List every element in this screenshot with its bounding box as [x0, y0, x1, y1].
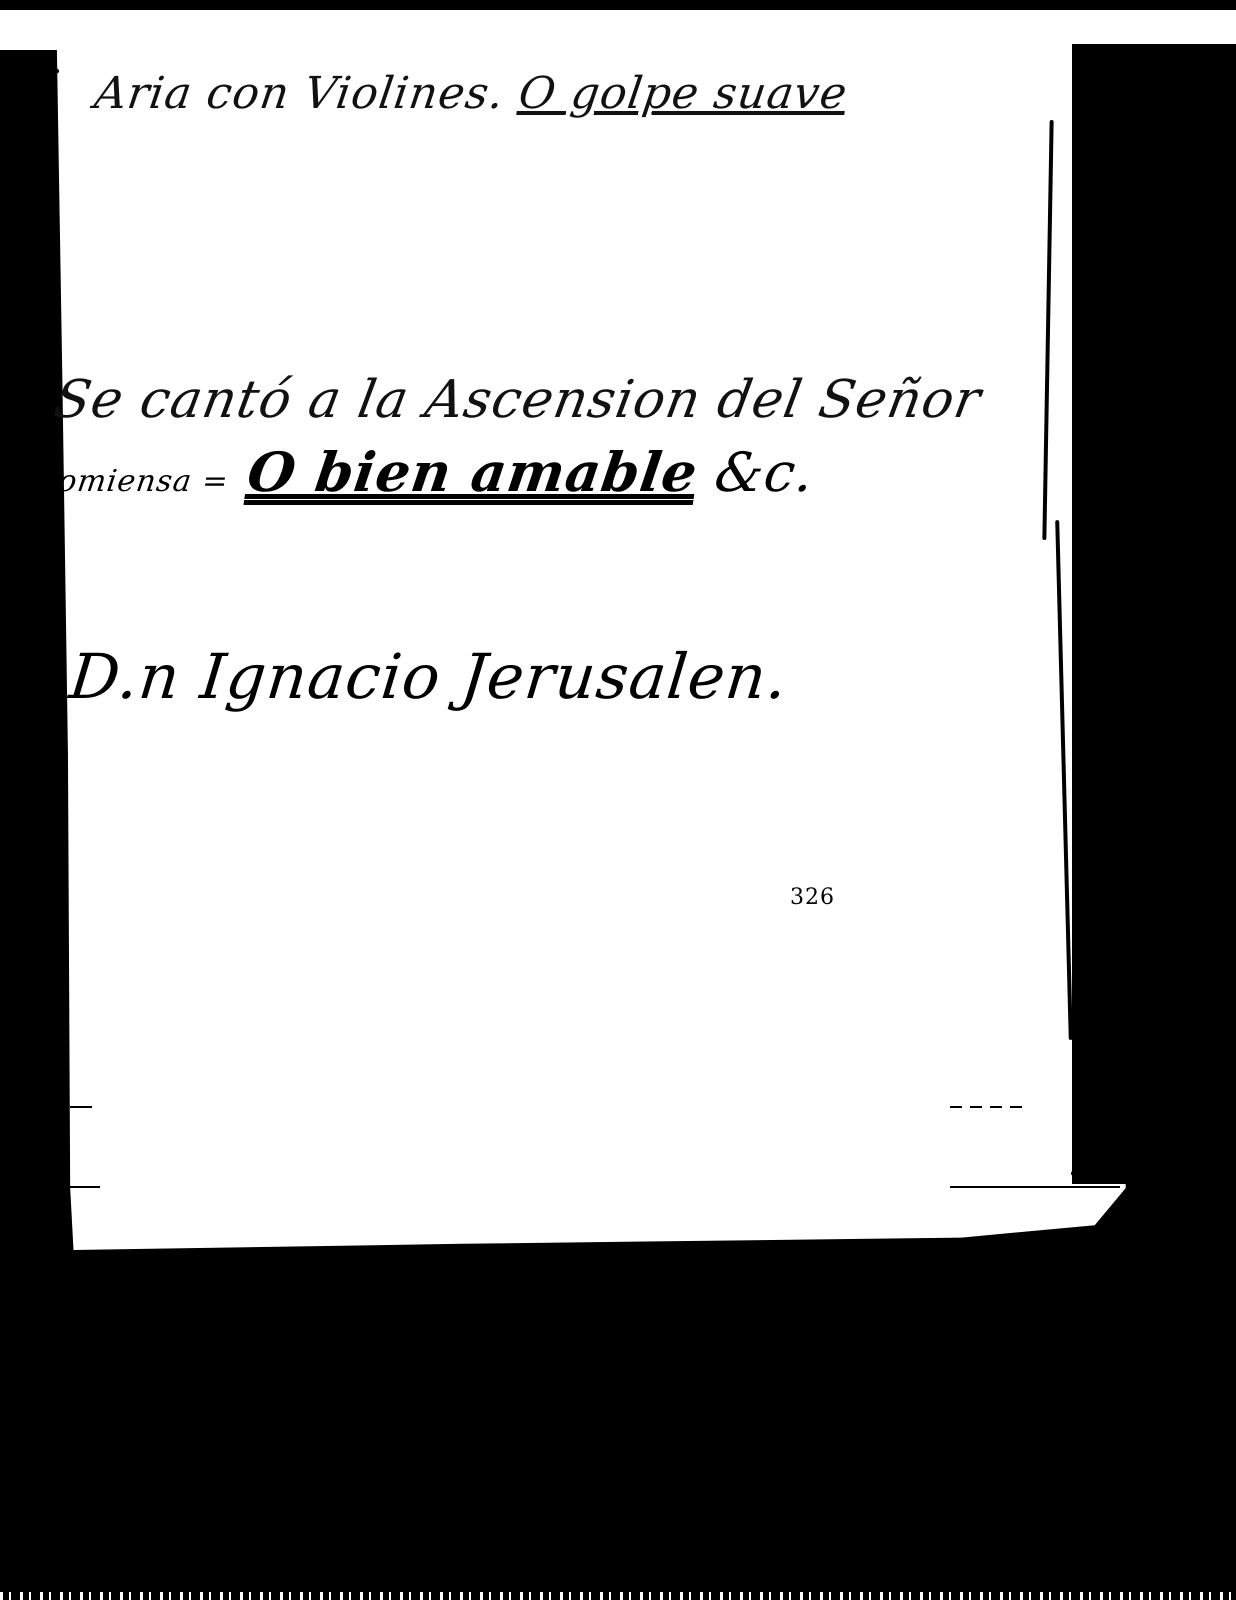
scan-left-border	[0, 50, 18, 1150]
manuscript-page	[18, 10, 1128, 1250]
scan-top-border	[0, 0, 1236, 10]
title-line-aria: Aria con Violines. O golpe suave	[91, 68, 850, 119]
aria-prefix: Aria con Violines.	[91, 68, 507, 119]
incipit-line: comiensa = O bien amable &c.	[38, 440, 819, 504]
catalog-number: 326	[790, 885, 835, 910]
ruled-line	[950, 1186, 1120, 1188]
aria-title: O golpe suave	[516, 68, 851, 119]
occasion-line: Se cantó a la Ascension del Señor	[50, 370, 986, 430]
ruled-line	[70, 1106, 92, 1108]
composer-name: D.n Ignacio Jerusalen.	[66, 640, 791, 713]
scan-bottom-noise	[0, 1592, 1236, 1600]
incipit-suffix: &c.	[711, 441, 818, 504]
scan-top-margin	[0, 10, 1236, 50]
incipit-prefix: comiensa =	[38, 464, 231, 499]
ruled-line	[70, 1186, 100, 1188]
folio-number: 57.	[14, 50, 62, 80]
ruled-line	[950, 1106, 1030, 1108]
incipit-text: O bien amable	[244, 440, 702, 504]
scan-right-shadow	[1072, 44, 1236, 1184]
